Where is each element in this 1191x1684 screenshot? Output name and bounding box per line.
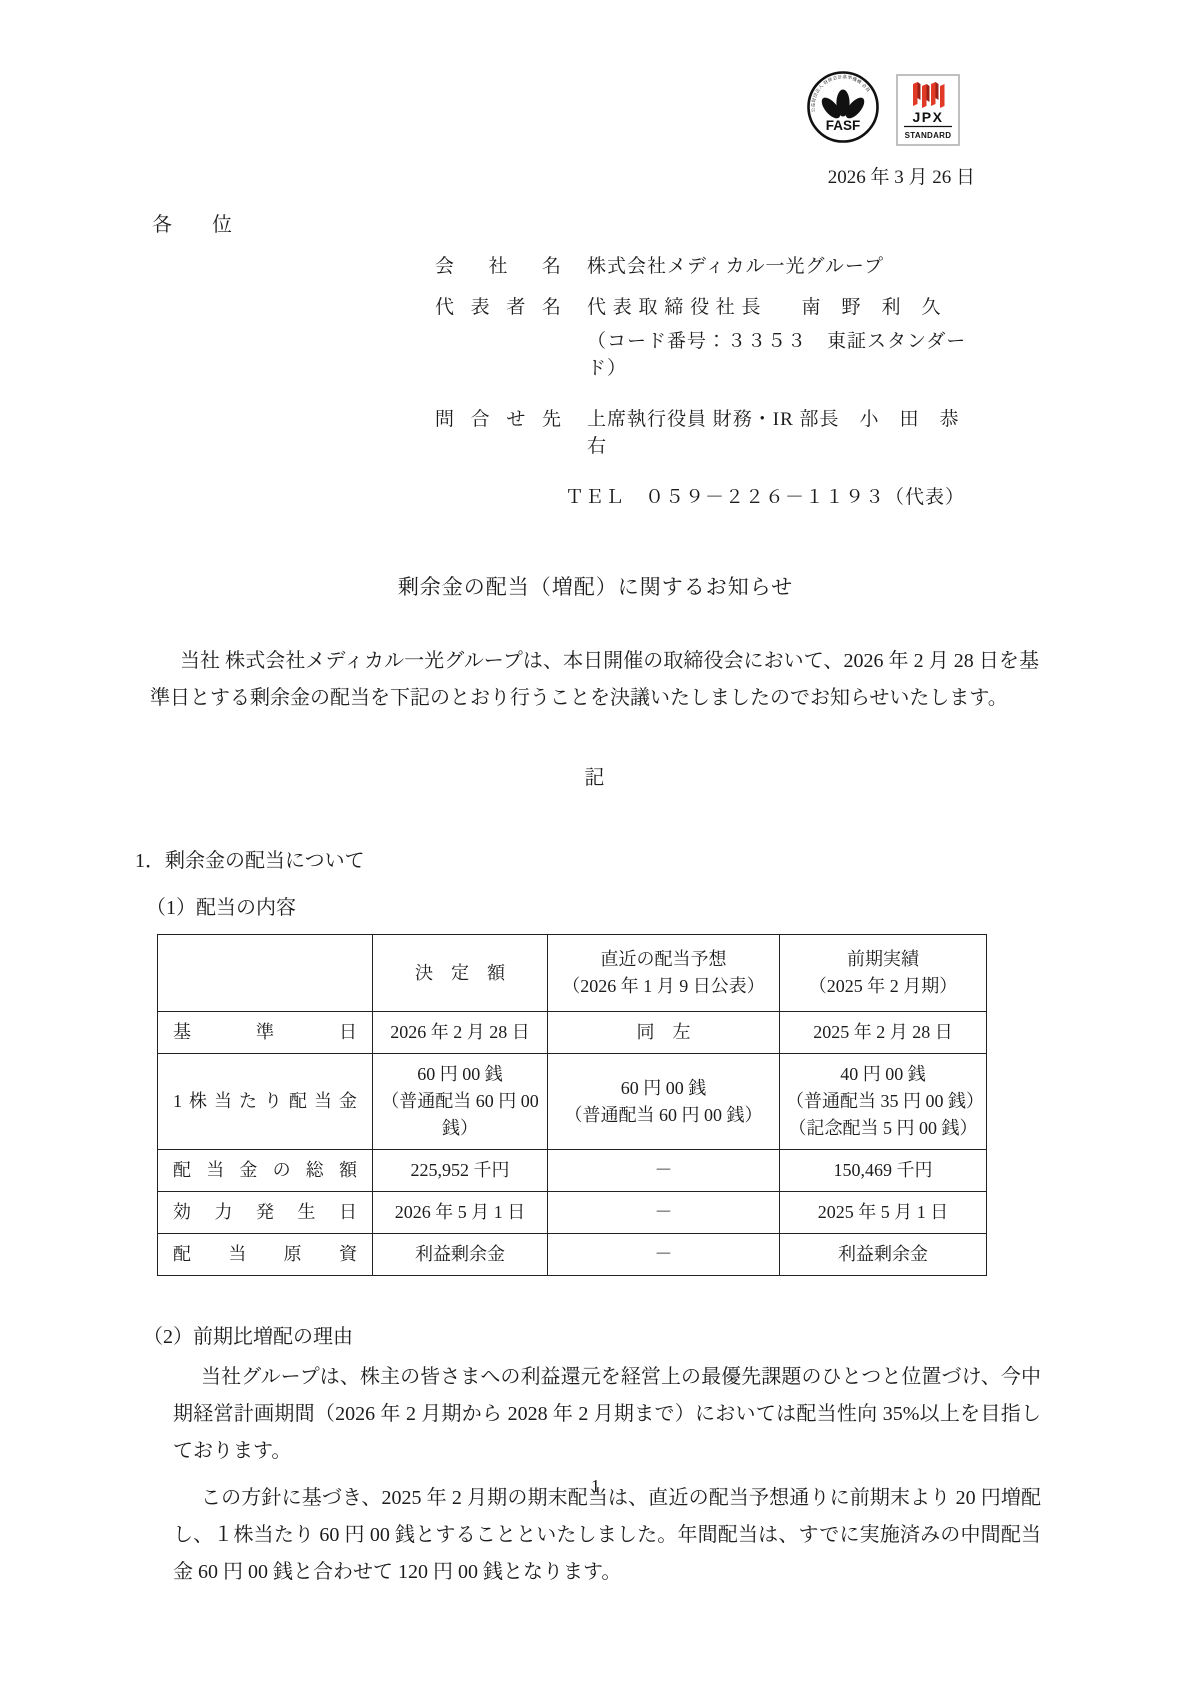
table-cell: 2026 年 5 月 1 日	[373, 1192, 548, 1234]
company-name-row: 会社名 株式会社メディカル一光グループ	[435, 253, 995, 280]
table-cell: 60 円 00 銭 （普通配当 60 円 00 銭）	[548, 1054, 780, 1150]
table-header-row: 決 定 額 直近の配当予想 （2026 年 1 月 9 日公表） 前期実績 （2…	[158, 935, 987, 1012]
contact-label: 問合せ先	[435, 406, 561, 460]
table-cell: 40 円 00 銭 （普通配当 35 円 00 銭） （記念配当 5 円 00 …	[780, 1054, 987, 1150]
contact-row: 問合せ先 上席執行役員 財務・IR 部長 小 田 恭 右	[435, 406, 995, 460]
table-cell: 2025 年 5 月 1 日	[780, 1192, 987, 1234]
fasf-logo-icon: 公益財団法人 財務会計基準機構 会員 FASF	[806, 70, 880, 144]
jpx-standard-label: STANDARD	[905, 131, 952, 140]
header-previous-cell: 前期実績 （2025 年 2 月期）	[780, 935, 987, 1012]
table-cell: －	[548, 1150, 780, 1192]
representative-value: 代 表 取 締 役 社 長 南 野 利 久	[587, 294, 942, 321]
jpx-standard-logo-icon: JPX STANDARD	[896, 74, 960, 146]
company-name-label: 会社名	[435, 253, 561, 280]
contact-value: 上席執行役員 財務・IR 部長 小 田 恭 右	[587, 406, 995, 460]
stock-code-value: （コード番号：３３５３ 東証スタンダード）	[587, 328, 995, 382]
representative-label: 代表者名	[435, 294, 561, 321]
table-cell: 利益剰余金	[373, 1234, 548, 1276]
row-label-cell: 1株当たり配当金	[158, 1054, 373, 1150]
header-decided-cell: 決 定 額	[373, 935, 548, 1012]
section1-subheading: （1）配当の内容	[146, 891, 1191, 920]
section2-paragraph-1: 当社グループは、株主の皆さまへの利益還元を経営上の最優先課題のひとつと位置づけ、…	[173, 1359, 1041, 1470]
table-cell: －	[548, 1234, 780, 1276]
company-info-block: 会社名 株式会社メディカル一光グループ 代表者名 代 表 取 締 役 社 長 南…	[435, 253, 995, 511]
table-cell: 150,469 千円	[780, 1150, 987, 1192]
table-row: 配当金の総額 225,952 千円 － 150,469 千円	[158, 1150, 987, 1192]
representative-row: 代表者名 代 表 取 締 役 社 長 南 野 利 久	[435, 294, 995, 321]
section1-heading: 1．剰余金の配当について	[135, 844, 1191, 873]
row-label-cell: 配当金の総額	[158, 1150, 373, 1192]
row-label-cell: 基準日	[158, 1012, 373, 1054]
table-cell: 同 左	[548, 1012, 780, 1054]
intro-paragraph: 当社 株式会社メディカル一光グループは、本日開催の取締役会において、2026 年…	[150, 643, 1039, 717]
tel-value: ＴＥＬ ０５９－２２６－１１９３（代表）	[565, 484, 965, 511]
tel-row: ＴＥＬ ０５９－２２６－１１９３（代表）	[435, 484, 995, 511]
addressee: 各 位	[152, 208, 1191, 237]
row-label-cell: 効力発生日	[158, 1192, 373, 1234]
dividend-table: 決 定 額 直近の配当予想 （2026 年 1 月 9 日公表） 前期実績 （2…	[157, 934, 987, 1276]
header-forecast-cell: 直近の配当予想 （2026 年 1 月 9 日公表）	[548, 935, 780, 1012]
table-row: 基準日 2026 年 2 月 28 日 同 左 2025 年 2 月 28 日	[158, 1012, 987, 1054]
jpx-label: JPX	[913, 109, 944, 125]
header-empty-cell	[158, 935, 373, 1012]
document-title: 剰余金の配当（増配）に関するお知らせ	[0, 571, 1191, 601]
company-name-value: 株式会社メディカル一光グループ	[587, 253, 884, 280]
section2-heading: （2）前期比増配の理由	[143, 1320, 1191, 1349]
table-cell: 225,952 千円	[373, 1150, 548, 1192]
fasf-label: FASF	[826, 118, 861, 133]
logo-strip: 公益財団法人 財務会計基準機構 会員 FASF JPX STANDARD	[806, 70, 960, 146]
table-row: 配当原資 利益剰余金 － 利益剰余金	[158, 1234, 987, 1276]
table-row: 効力発生日 2026 年 5 月 1 日 － 2025 年 5 月 1 日	[158, 1192, 987, 1234]
table-cell: 2026 年 2 月 28 日	[373, 1012, 548, 1054]
table-cell: 60 円 00 銭 （普通配当 60 円 00 銭）	[373, 1054, 548, 1150]
table-cell: 2025 年 2 月 28 日	[780, 1012, 987, 1054]
page-number: 1	[0, 1476, 1191, 1497]
press-release-page: 公益財団法人 財務会計基準機構 会員 FASF JPX STANDARD 20	[0, 0, 1191, 1684]
stock-code-row: （コード番号：３３５３ 東証スタンダード）	[435, 328, 995, 382]
record-mark: 記	[0, 761, 1191, 790]
row-label-cell: 配当原資	[158, 1234, 373, 1276]
table-row: 1株当たり配当金 60 円 00 銭 （普通配当 60 円 00 銭） 60 円…	[158, 1054, 987, 1150]
table-cell: 利益剰余金	[780, 1234, 987, 1276]
table-cell: －	[548, 1192, 780, 1234]
